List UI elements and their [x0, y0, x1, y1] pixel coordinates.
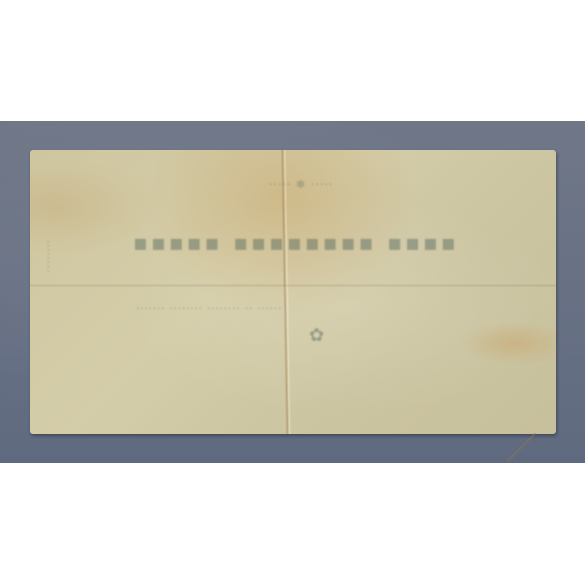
banknote: ····· ✻ ····· ▪▪▪▪ ▪▪▪▪▪▪▪▪ ▪▪▪▪▪ ······… [30, 150, 556, 434]
vertical-fold-crease [281, 150, 292, 434]
showthrough-top-line: ····· ✻ ····· [268, 178, 332, 191]
horizontal-fold-crease [30, 284, 556, 287]
showthrough-side-text: ········ [44, 240, 55, 273]
showthrough-small-line: ······ ·· ········ ········ ······· [135, 304, 281, 315]
showthrough-title: ▪▪▪▪ ▪▪▪▪▪▪▪▪ ▪▪▪▪▪ [130, 230, 456, 256]
showthrough-seal-icon: ✿ [308, 325, 324, 346]
